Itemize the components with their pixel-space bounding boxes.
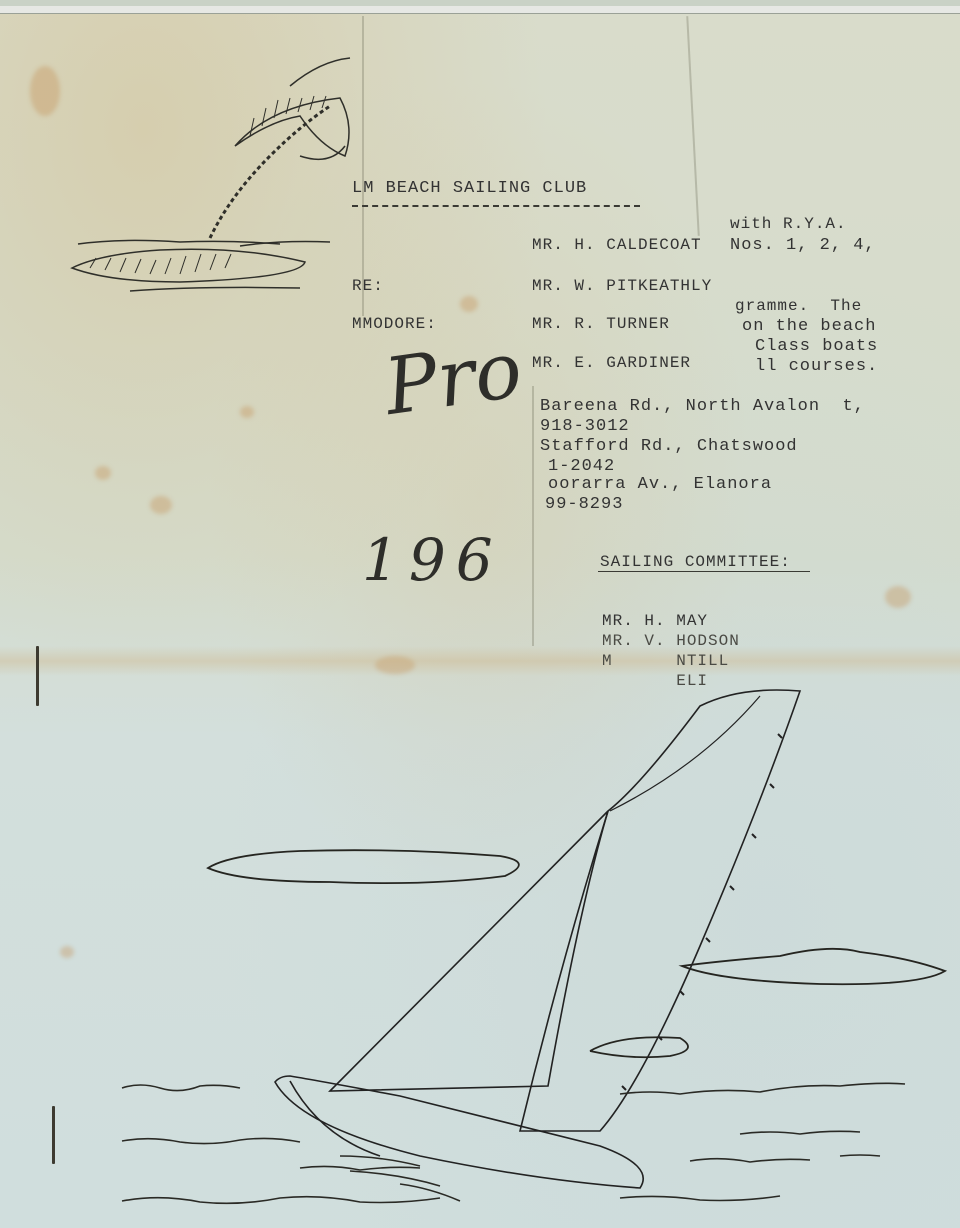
document-page: LM BEACH SAILING CLUB RE: MMODORE: MR. H… <box>0 6 960 1228</box>
illustrations <box>0 6 960 1228</box>
cloud-drawings <box>208 850 945 1057</box>
sailboat-drawing <box>275 690 800 1188</box>
wave-drawings <box>122 1083 905 1203</box>
palm-tree-island-drawing <box>72 58 350 291</box>
